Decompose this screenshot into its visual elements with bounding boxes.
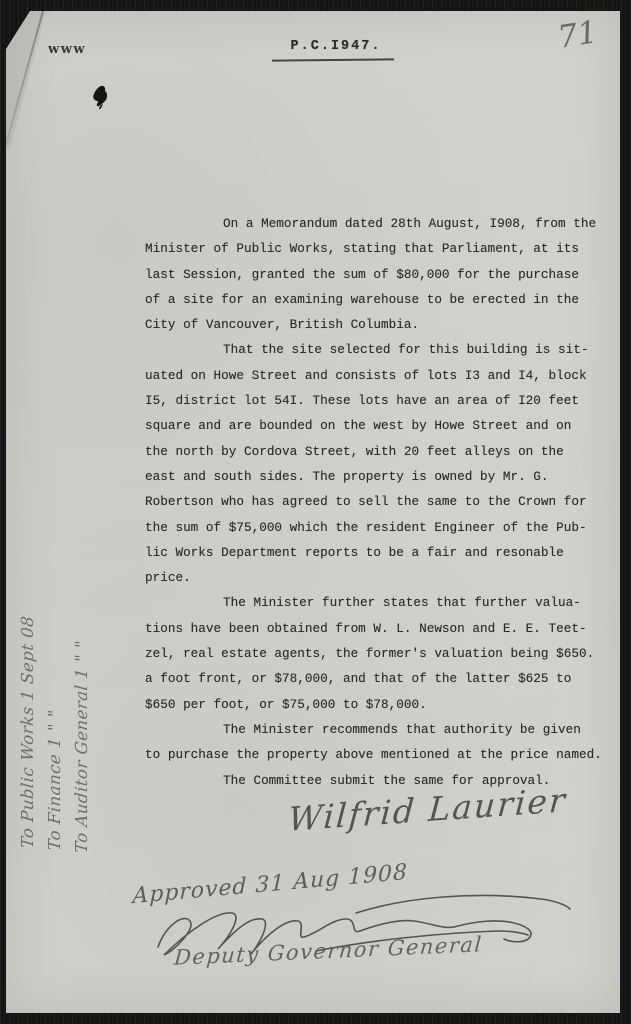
margin-note-line: To Finance 1 " ": [41, 457, 68, 851]
body-line: the north by Cordova Street, with 20 fee…: [145, 439, 615, 464]
body-line: That the site selected for this building…: [145, 337, 615, 362]
body-line: square and are bounded on the west by Ho…: [145, 413, 615, 438]
body-line: uated on Howe Street and consists of lot…: [145, 363, 615, 388]
body-line: The Minister recommends that authority b…: [145, 717, 615, 742]
body-line: of a site for an examining warehouse to …: [145, 287, 615, 312]
margin-routing-note: To Public Works 1 Sept 08To Finance 1 " …: [14, 455, 100, 855]
body-line: the sum of $75,000 which the resident En…: [145, 515, 615, 540]
body-line: price.: [145, 565, 615, 590]
margin-note-line: To Auditor General 1 " ": [68, 460, 95, 854]
body-line: a foot front, or $78,000, and that of th…: [145, 666, 615, 691]
body-line: $650 per foot, or $75,000 to $78,000.: [145, 692, 615, 717]
body-line: City of Vancouver, British Columbia.: [145, 312, 615, 337]
body-line: lic Works Department reports to be a fai…: [145, 540, 615, 565]
order-number-title: P.C.I947.: [246, 39, 426, 54]
body-line: I5, district lot 54I. These lots have an…: [145, 388, 615, 413]
microfilm-scan: { "colors": { "paper": "#d1d0cc", "film_…: [0, 0, 631, 1024]
body-line: to purchase the property above mentioned…: [145, 742, 615, 767]
body-line: tions have been obtained from W. L. News…: [145, 616, 615, 641]
body-line: On a Memorandum dated 28th August, I908,…: [145, 211, 615, 236]
body-line: last Session, granted the sum of $80,000…: [145, 262, 615, 287]
title-underline: [272, 58, 394, 61]
body-line: Robertson who has agreed to sell the sam…: [145, 489, 615, 514]
body-line: Minister of Public Works, stating that P…: [145, 236, 615, 261]
body-line: zel, real estate agents, the former's va…: [145, 641, 615, 666]
handwritten-page-number: 71: [555, 14, 600, 56]
body-line: east and south sides. The property is ow…: [145, 464, 615, 489]
document-page: www 71 P.C.I947. On a Memorandum dated 2…: [6, 11, 620, 1013]
www-stamp: www: [48, 42, 86, 57]
ink-blot: [90, 85, 112, 111]
typewritten-body: On a Memorandum dated 28th August, I908,…: [145, 211, 615, 793]
body-line: The Minister further states that further…: [145, 590, 615, 615]
margin-note-line: To Public Works 1 Sept 08: [14, 455, 41, 849]
